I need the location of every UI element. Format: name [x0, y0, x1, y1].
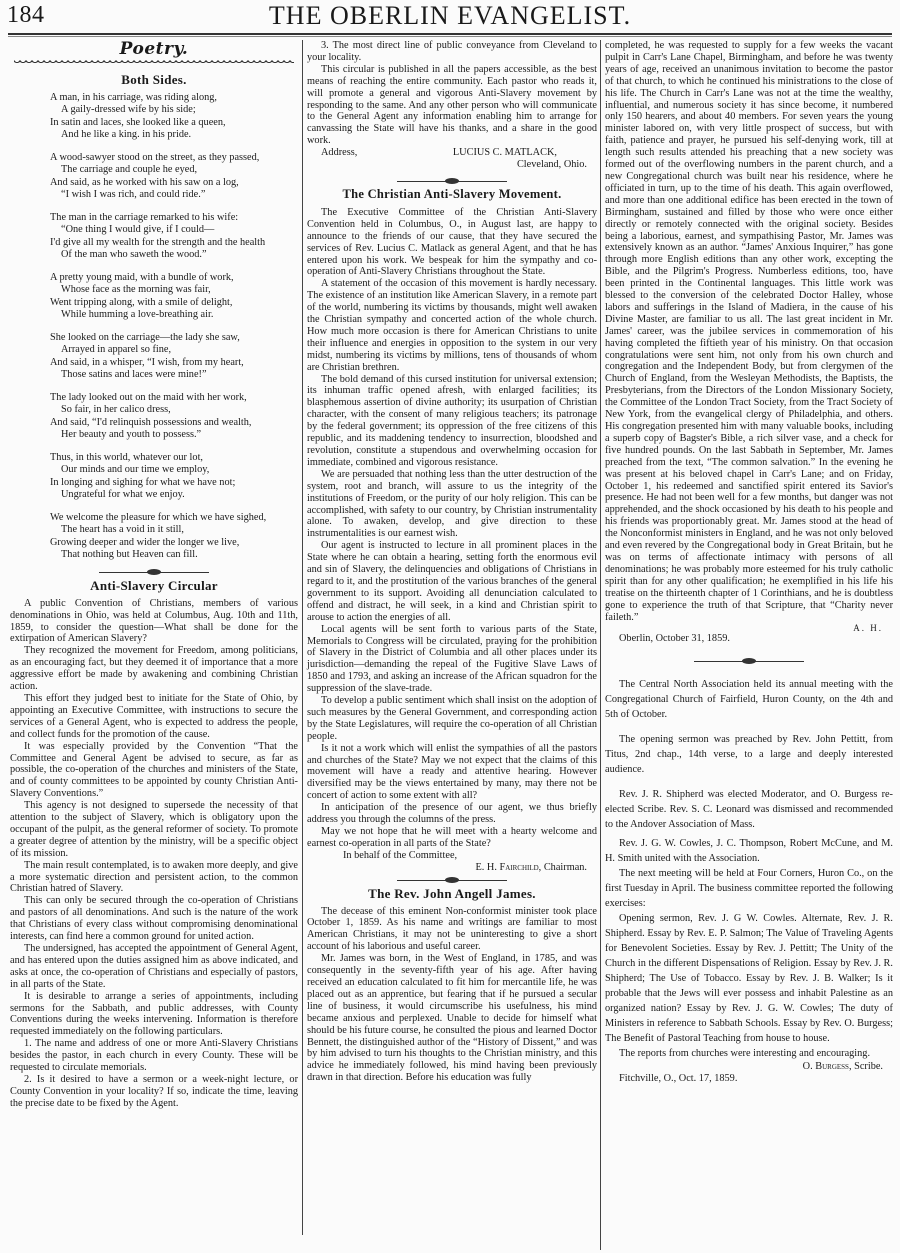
article-title-christian-movement: The Christian Anti-Slavery Movement. — [307, 189, 597, 201]
poem-line: The carriage and couple he eyed, — [50, 164, 298, 177]
article-paragraph: Our agent is instructed to lecture in al… — [307, 540, 597, 623]
movement-signature: E. H. Fairchild, Chairman. — [307, 862, 597, 874]
article-title-john-angell-james: The Rev. John Angell James. — [307, 888, 597, 900]
dateline: Fitchville, O., Oct. 17, 1859. — [605, 1073, 893, 1085]
signer-name: O. Burgess, — [803, 1061, 852, 1072]
poem-line: “I wish I was rich, and could ride.” — [50, 189, 298, 202]
poem-line: Those satins and laces were mine!” — [50, 369, 298, 382]
section-divider-ornament — [694, 657, 804, 665]
poem-stanza: The lady looked out on the maid with her… — [50, 392, 298, 442]
poem-line: A man, in his carriage, was riding along… — [50, 92, 298, 105]
poem-stanza: A wood-sawyer stood on the street, as th… — [50, 152, 298, 202]
poem-stanza: She looked on the carriage—the lady she … — [50, 332, 298, 382]
article-paragraph: This circular is published in all the pa… — [307, 64, 597, 147]
article-paragraph: The bold demand of this cursed instituti… — [307, 374, 597, 469]
article-paragraph: This effort they judged best to initiate… — [10, 693, 298, 741]
article-paragraph: Rev. J. R. Shipherd was elected Moderato… — [605, 787, 893, 832]
header-rule — [8, 33, 892, 35]
poem-body: A man, in his carriage, was riding along… — [10, 92, 298, 562]
poem-stanza: A man, in his carriage, was riding along… — [50, 92, 298, 142]
column-divider-1 — [302, 40, 303, 1235]
article-paragraph: The undersigned, has accepted the appoin… — [10, 943, 298, 991]
article-paragraph: Opening sermon, Rev. J. G W. Cowles. Alt… — [605, 911, 893, 1046]
column-divider-2 — [600, 40, 601, 1250]
dateline: Oberlin, October 31, 1859. — [605, 633, 893, 645]
article-paragraph: Rev. J. G. W. Cowles, J. C. Thompson, Ro… — [605, 836, 893, 866]
article-title-anti-slavery-circular: Anti-Slavery Circular — [10, 580, 298, 592]
association-signature: O. Burgess, Scribe. — [605, 1061, 893, 1073]
poem-stanza: The man in the carriage remarked to his … — [50, 212, 298, 262]
article-paragraph: They recognized the movement for Freedom… — [10, 645, 298, 693]
poem-line: That nothing but Heaven can fill. — [50, 549, 298, 562]
poem-line: Thus, in this world, whatever our lot, — [50, 452, 298, 465]
article-paragraph: It was especially provided by the Conven… — [10, 741, 298, 801]
article-paragraph-continued: completed, he was requested to supply fo… — [605, 40, 893, 623]
poem-title: Both Sides. — [10, 74, 298, 86]
article-paragraph: 3. The most direct line of public convey… — [307, 40, 597, 64]
section-divider-ornament — [99, 568, 209, 576]
article-paragraph: Local agents will be sent forth to vario… — [307, 624, 597, 695]
article-paragraph: The Central North Association held its a… — [605, 677, 893, 722]
column-3: completed, he was requested to supply fo… — [605, 40, 893, 1085]
poem-stanza: Thus, in this world, whatever our lot, O… — [50, 452, 298, 502]
article-paragraph: A statement of the occasion of this move… — [307, 278, 597, 373]
header-rule-thin — [8, 36, 892, 37]
poem-line: And he like a king. in his pride. — [50, 129, 298, 142]
article-paragraph: A public Convention of Christians, membe… — [10, 598, 298, 646]
signer-name: E. H. Fairchild, — [475, 862, 541, 873]
column-1: Poetry. Both Sides. A man, in his carria… — [10, 40, 298, 1110]
poem-stanza: A pretty young maid, with a bundle of wo… — [50, 272, 298, 322]
signer-role: Scribe. — [854, 1061, 883, 1072]
article-paragraph: May we not hope that he will meet with a… — [307, 826, 597, 850]
article-paragraph: 1. The name and address of one or more A… — [10, 1038, 298, 1074]
article-paragraph: The main result contemplated, is to awak… — [10, 860, 298, 896]
masthead: 184 THE OBERLIN EVANGELIST. — [0, 0, 900, 34]
poem-line: Our minds and our time we employ, — [50, 464, 298, 477]
poem-line: A wood-sawyer stood on the street, as th… — [50, 152, 298, 165]
poem-line: The heart has a void in it still, — [50, 524, 298, 537]
poem-line: She looked on the carriage—the lady she … — [50, 332, 298, 345]
poem-line: In satin and laces, she looked like a qu… — [50, 117, 298, 130]
article-paragraph: 2. Is it desired to have a sermon or a w… — [10, 1074, 298, 1110]
section-divider-ornament — [397, 177, 507, 185]
poem-line: In longing and sighing for what we have … — [50, 477, 298, 490]
poem-line: And said, in a whisper, “I wish, from my… — [50, 357, 298, 370]
poem-line: I'd give all my wealth for the strength … — [50, 237, 298, 250]
article-paragraph: In anticipation of the presence of our a… — [307, 802, 597, 826]
article-paragraph: The next meeting will be held at Four Co… — [605, 866, 893, 911]
poem-line: And said, as he worked with his saw on a… — [50, 177, 298, 190]
newspaper-title: THE OBERLIN EVANGELIST. — [0, 1, 900, 31]
article-paragraph: This agency is not designed to supersede… — [10, 800, 298, 860]
poem-line: And said, “I'd relinquish possessions an… — [50, 417, 298, 430]
column-2: 3. The most direct line of public convey… — [307, 40, 597, 1084]
signer-location: Cleveland, Ohio. — [307, 159, 597, 171]
poem-line: While humming a love-breathing air. — [50, 309, 298, 322]
section-divider-ornament — [397, 876, 507, 884]
poem-line: So fair, in her calico dress, — [50, 404, 298, 417]
signer-name: LUCIUS C. MATLACK, — [453, 147, 597, 159]
wavy-rule-ornament — [14, 60, 294, 66]
article-paragraph: The opening sermon was preached by Rev. … — [605, 732, 893, 777]
poem-stanza: We welcome the pleasure for which we hav… — [50, 512, 298, 562]
poem-line: The lady looked out on the maid with her… — [50, 392, 298, 405]
poem-line: Ungrateful for what we enjoy. — [50, 489, 298, 502]
poem-line: Her beauty and youth to possess.” — [50, 429, 298, 442]
circular-signature: Address, LUCIUS C. MATLACK, — [307, 147, 597, 159]
poem-line: We welcome the pleasure for which we hav… — [50, 512, 298, 525]
article-paragraph: The reports from churches were interesti… — [605, 1046, 893, 1061]
poem-line: Growing deeper and wider the longer we l… — [50, 537, 298, 550]
article-paragraph: Mr. James was born, in the West of Engla… — [307, 953, 597, 1084]
poem-line: A pretty young maid, with a bundle of wo… — [50, 272, 298, 285]
poem-line: Of the man who saweth the wood.” — [50, 249, 298, 262]
signer-role: Chairman. — [544, 862, 587, 873]
poem-line: The man in the carriage remarked to his … — [50, 212, 298, 225]
article-paragraph: To develop a public sentiment which shal… — [307, 695, 597, 743]
poem-line: Went tripping along, with a smile of del… — [50, 297, 298, 310]
address-label: Address, — [307, 147, 357, 159]
article-paragraph: We are persuaded that nothing less than … — [307, 469, 597, 540]
poem-line: A gaily-dressed wife by his side; — [50, 104, 298, 117]
poem-line: “One thing I would give, if I could— — [50, 224, 298, 237]
poetry-section-heading: Poetry. — [10, 44, 298, 56]
initials-text: A. H. — [853, 623, 883, 633]
article-paragraph: The decease of this eminent Non-conformi… — [307, 906, 597, 954]
article-paragraph: The Executive Committee of the Christian… — [307, 207, 597, 278]
article-paragraph: This can only be secured through the co-… — [10, 895, 298, 943]
article-paragraph: Is it not a work which will enlist the s… — [307, 743, 597, 803]
poem-line: Arrayed in apparel so fine, — [50, 344, 298, 357]
poem-line: Whose face as the morning was fair, — [50, 284, 298, 297]
closing-line: In behalf of the Committee, — [307, 850, 597, 862]
article-paragraph: It is desirable to arrange a series of a… — [10, 991, 298, 1039]
